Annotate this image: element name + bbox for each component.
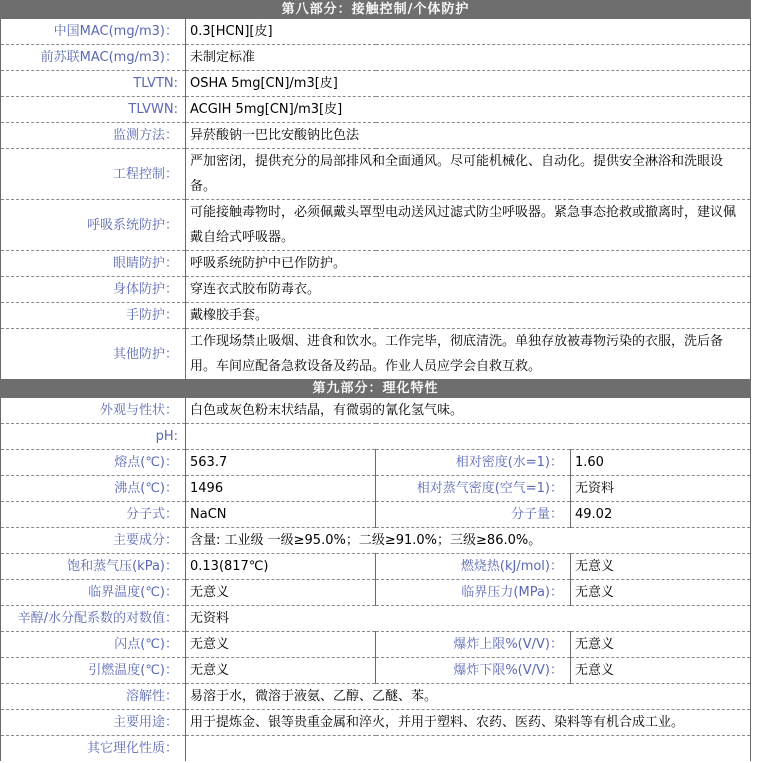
row-value-ph [186, 424, 751, 450]
table-row: 引燃温度(℃)： 无意义 爆炸下限%(V/V)： 无意义 [1, 658, 751, 684]
row-value-monitoring-method: 异菸酸钠一巴比安酸钠比色法 [186, 123, 751, 149]
row-label-engineering-control: 工程控制： [1, 149, 186, 200]
row-value-main-components: 含量: 工业级 一级≥95.0%；二级≥91.0%；三级≥86.0%。 [186, 528, 751, 554]
row-label-critical-pressure: 临界压力(MPa)： [376, 580, 571, 606]
row-label-solubility: 溶解性： [1, 684, 186, 710]
table-row: 身体防护： 穿连衣式胶布防毒衣。 [1, 277, 751, 303]
row-value-vapor-density: 无资料 [571, 476, 751, 502]
row-label-ussr-mac: 前苏联MAC(mg/m3)： [1, 45, 186, 71]
row-label-critical-temperature: 临界温度(℃)： [1, 580, 186, 606]
table-row: TLVWN: ACGIH 5mg[CN]/m3[皮] [1, 97, 751, 123]
table-row: 主要用途： 用于提炼金、银等贵重金属和淬火，并用于塑料、农药、医药、染料等有机合… [1, 710, 751, 736]
row-label-octanol-water-coefficient: 辛醇/水分配系数的对数值： [1, 606, 186, 632]
table-row: 沸点(℃)： 1496 相对蒸气密度(空气=1)： 无资料 [1, 476, 751, 502]
section-9-title: 第九部分：理化特性 [1, 380, 751, 398]
table-row: 其他防护： 工作现场禁止吸烟、进食和饮水。工作完毕，彻底清洗。单独存放被毒物污染… [1, 329, 751, 380]
row-label-tlvtn: TLVTN: [1, 71, 186, 97]
table-row: 主要成分： 含量: 工业级 一级≥95.0%；二级≥91.0%；三级≥86.0%… [1, 528, 751, 554]
table-row: pH: [1, 424, 751, 450]
row-label-main-uses: 主要用途： [1, 710, 186, 736]
table-row: 闪点(℃)： 无意义 爆炸上限%(V/V)： 无意义 [1, 632, 751, 658]
row-value-flash-point: 无意义 [186, 632, 376, 658]
row-value-relative-density: 1.60 [571, 450, 751, 476]
row-label-molecular-weight: 分子量： [376, 502, 571, 528]
row-value-melting-point: 563.7 [186, 450, 376, 476]
table-row: 其它理化性质： [1, 736, 751, 762]
table-row: 饱和蒸气压(kPa)： 0.13(817℃) 燃烧热(kJ/mol)： 无意义 [1, 554, 751, 580]
row-value-china-mac: 0.3[HCN][皮] [186, 19, 751, 45]
row-value-engineering-control: 严加密闭，提供充分的局部排风和全面通风。尽可能机械化、自动化。提供安全淋浴和洗眼… [186, 149, 751, 200]
row-value-main-uses: 用于提炼金、银等贵重金属和淬火，并用于塑料、农药、医药、染料等有机合成工业。 [186, 710, 751, 736]
table-row: 临界温度(℃)： 无意义 临界压力(MPa)： 无意义 [1, 580, 751, 606]
table-row: TLVTN: OSHA 5mg[CN]/m3[皮] [1, 71, 751, 97]
table-row: 呼吸系统防护： 可能接触毒物时，必须佩戴头罩型电动送风过滤式防尘呼吸器。紧急事态… [1, 200, 751, 251]
row-label-vapor-density: 相对蒸气密度(空气=1)： [376, 476, 571, 502]
row-label-tlvwn: TLVWN: [1, 97, 186, 123]
table-row: 分子式： NaCN 分子量： 49.02 [1, 502, 751, 528]
row-value-combustion-heat: 无意义 [571, 554, 751, 580]
row-label-explosion-upper-limit: 爆炸上限%(V/V)： [376, 632, 571, 658]
row-value-other-protection: 工作现场禁止吸烟、进食和饮水。工作完毕，彻底清洗。单独存放被毒物污染的衣服，洗后… [186, 329, 751, 380]
row-label-ignition-temperature: 引燃温度(℃)： [1, 658, 186, 684]
row-value-molecular-weight: 49.02 [571, 502, 751, 528]
row-value-hand-protection: 戴橡胶手套。 [186, 303, 751, 329]
row-label-other-properties: 其它理化性质： [1, 736, 186, 762]
row-label-appearance: 外观与性状： [1, 398, 186, 424]
row-value-boiling-point: 1496 [186, 476, 376, 502]
row-label-body-protection: 身体防护： [1, 277, 186, 303]
section-9-header-row: 第九部分：理化特性 [1, 380, 751, 398]
row-value-critical-temperature: 无意义 [186, 580, 376, 606]
table-row: 外观与性状： 白色或灰色粉末状结晶，有微弱的氰化氢气味。 [1, 398, 751, 424]
row-label-molecular-formula: 分子式： [1, 502, 186, 528]
table-row: 手防护： 戴橡胶手套。 [1, 303, 751, 329]
row-value-octanol-water-coefficient: 无资料 [186, 606, 751, 632]
section-8-title: 第八部分：接触控制/个体防护 [1, 1, 751, 19]
table-row: 溶解性： 易溶于水，微溶于液氨、乙醇、乙醚、苯。 [1, 684, 751, 710]
row-label-explosion-lower-limit: 爆炸下限%(V/V)： [376, 658, 571, 684]
table-row: 中国MAC(mg/m3)： 0.3[HCN][皮] [1, 19, 751, 45]
row-label-other-protection: 其他防护： [1, 329, 186, 380]
row-value-body-protection: 穿连衣式胶布防毒衣。 [186, 277, 751, 303]
table-row: 熔点(℃)： 563.7 相对密度(水=1)： 1.60 [1, 450, 751, 476]
row-label-monitoring-method: 监测方法： [1, 123, 186, 149]
row-label-china-mac: 中国MAC(mg/m3)： [1, 19, 186, 45]
row-value-respiratory-protection: 可能接触毒物时，必须佩戴头罩型电动送风过滤式防尘呼吸器。紧急事态抢救或撤离时，建… [186, 200, 751, 251]
row-label-boiling-point: 沸点(℃)： [1, 476, 186, 502]
row-value-molecular-formula: NaCN [186, 502, 376, 528]
msds-properties-table: 第八部分：接触控制/个体防护 中国MAC(mg/m3)： 0.3[HCN][皮]… [0, 0, 751, 761]
row-value-other-properties [186, 736, 751, 762]
row-label-respiratory-protection: 呼吸系统防护： [1, 200, 186, 251]
table-row: 眼睛防护： 呼吸系统防护中已作防护。 [1, 251, 751, 277]
row-label-ph: pH: [1, 424, 186, 450]
table-row: 工程控制： 严加密闭，提供充分的局部排风和全面通风。尽可能机械化、自动化。提供安… [1, 149, 751, 200]
row-label-relative-density: 相对密度(水=1)： [376, 450, 571, 476]
table-row: 辛醇/水分配系数的对数值： 无资料 [1, 606, 751, 632]
table-row: 前苏联MAC(mg/m3)： 未制定标准 [1, 45, 751, 71]
row-value-critical-pressure: 无意义 [571, 580, 751, 606]
row-value-tlvtn: OSHA 5mg[CN]/m3[皮] [186, 71, 751, 97]
row-label-hand-protection: 手防护： [1, 303, 186, 329]
row-value-ussr-mac: 未制定标准 [186, 45, 751, 71]
row-label-combustion-heat: 燃烧热(kJ/mol)： [376, 554, 571, 580]
section-8-header-row: 第八部分：接触控制/个体防护 [1, 1, 751, 19]
row-label-flash-point: 闪点(℃)： [1, 632, 186, 658]
row-value-ignition-temperature: 无意义 [186, 658, 376, 684]
row-label-main-components: 主要成分： [1, 528, 186, 554]
row-label-saturated-vapor-pressure: 饱和蒸气压(kPa)： [1, 554, 186, 580]
table-row: 监测方法： 异菸酸钠一巴比安酸钠比色法 [1, 123, 751, 149]
row-value-tlvwn: ACGIH 5mg[CN]/m3[皮] [186, 97, 751, 123]
row-value-explosion-lower-limit: 无意义 [571, 658, 751, 684]
row-label-eye-protection: 眼睛防护： [1, 251, 186, 277]
row-value-saturated-vapor-pressure: 0.13(817℃) [186, 554, 376, 580]
row-value-appearance: 白色或灰色粉末状结晶，有微弱的氰化氢气味。 [186, 398, 751, 424]
row-value-solubility: 易溶于水，微溶于液氨、乙醇、乙醚、苯。 [186, 684, 751, 710]
row-value-eye-protection: 呼吸系统防护中已作防护。 [186, 251, 751, 277]
row-label-melting-point: 熔点(℃)： [1, 450, 186, 476]
row-value-explosion-upper-limit: 无意义 [571, 632, 751, 658]
